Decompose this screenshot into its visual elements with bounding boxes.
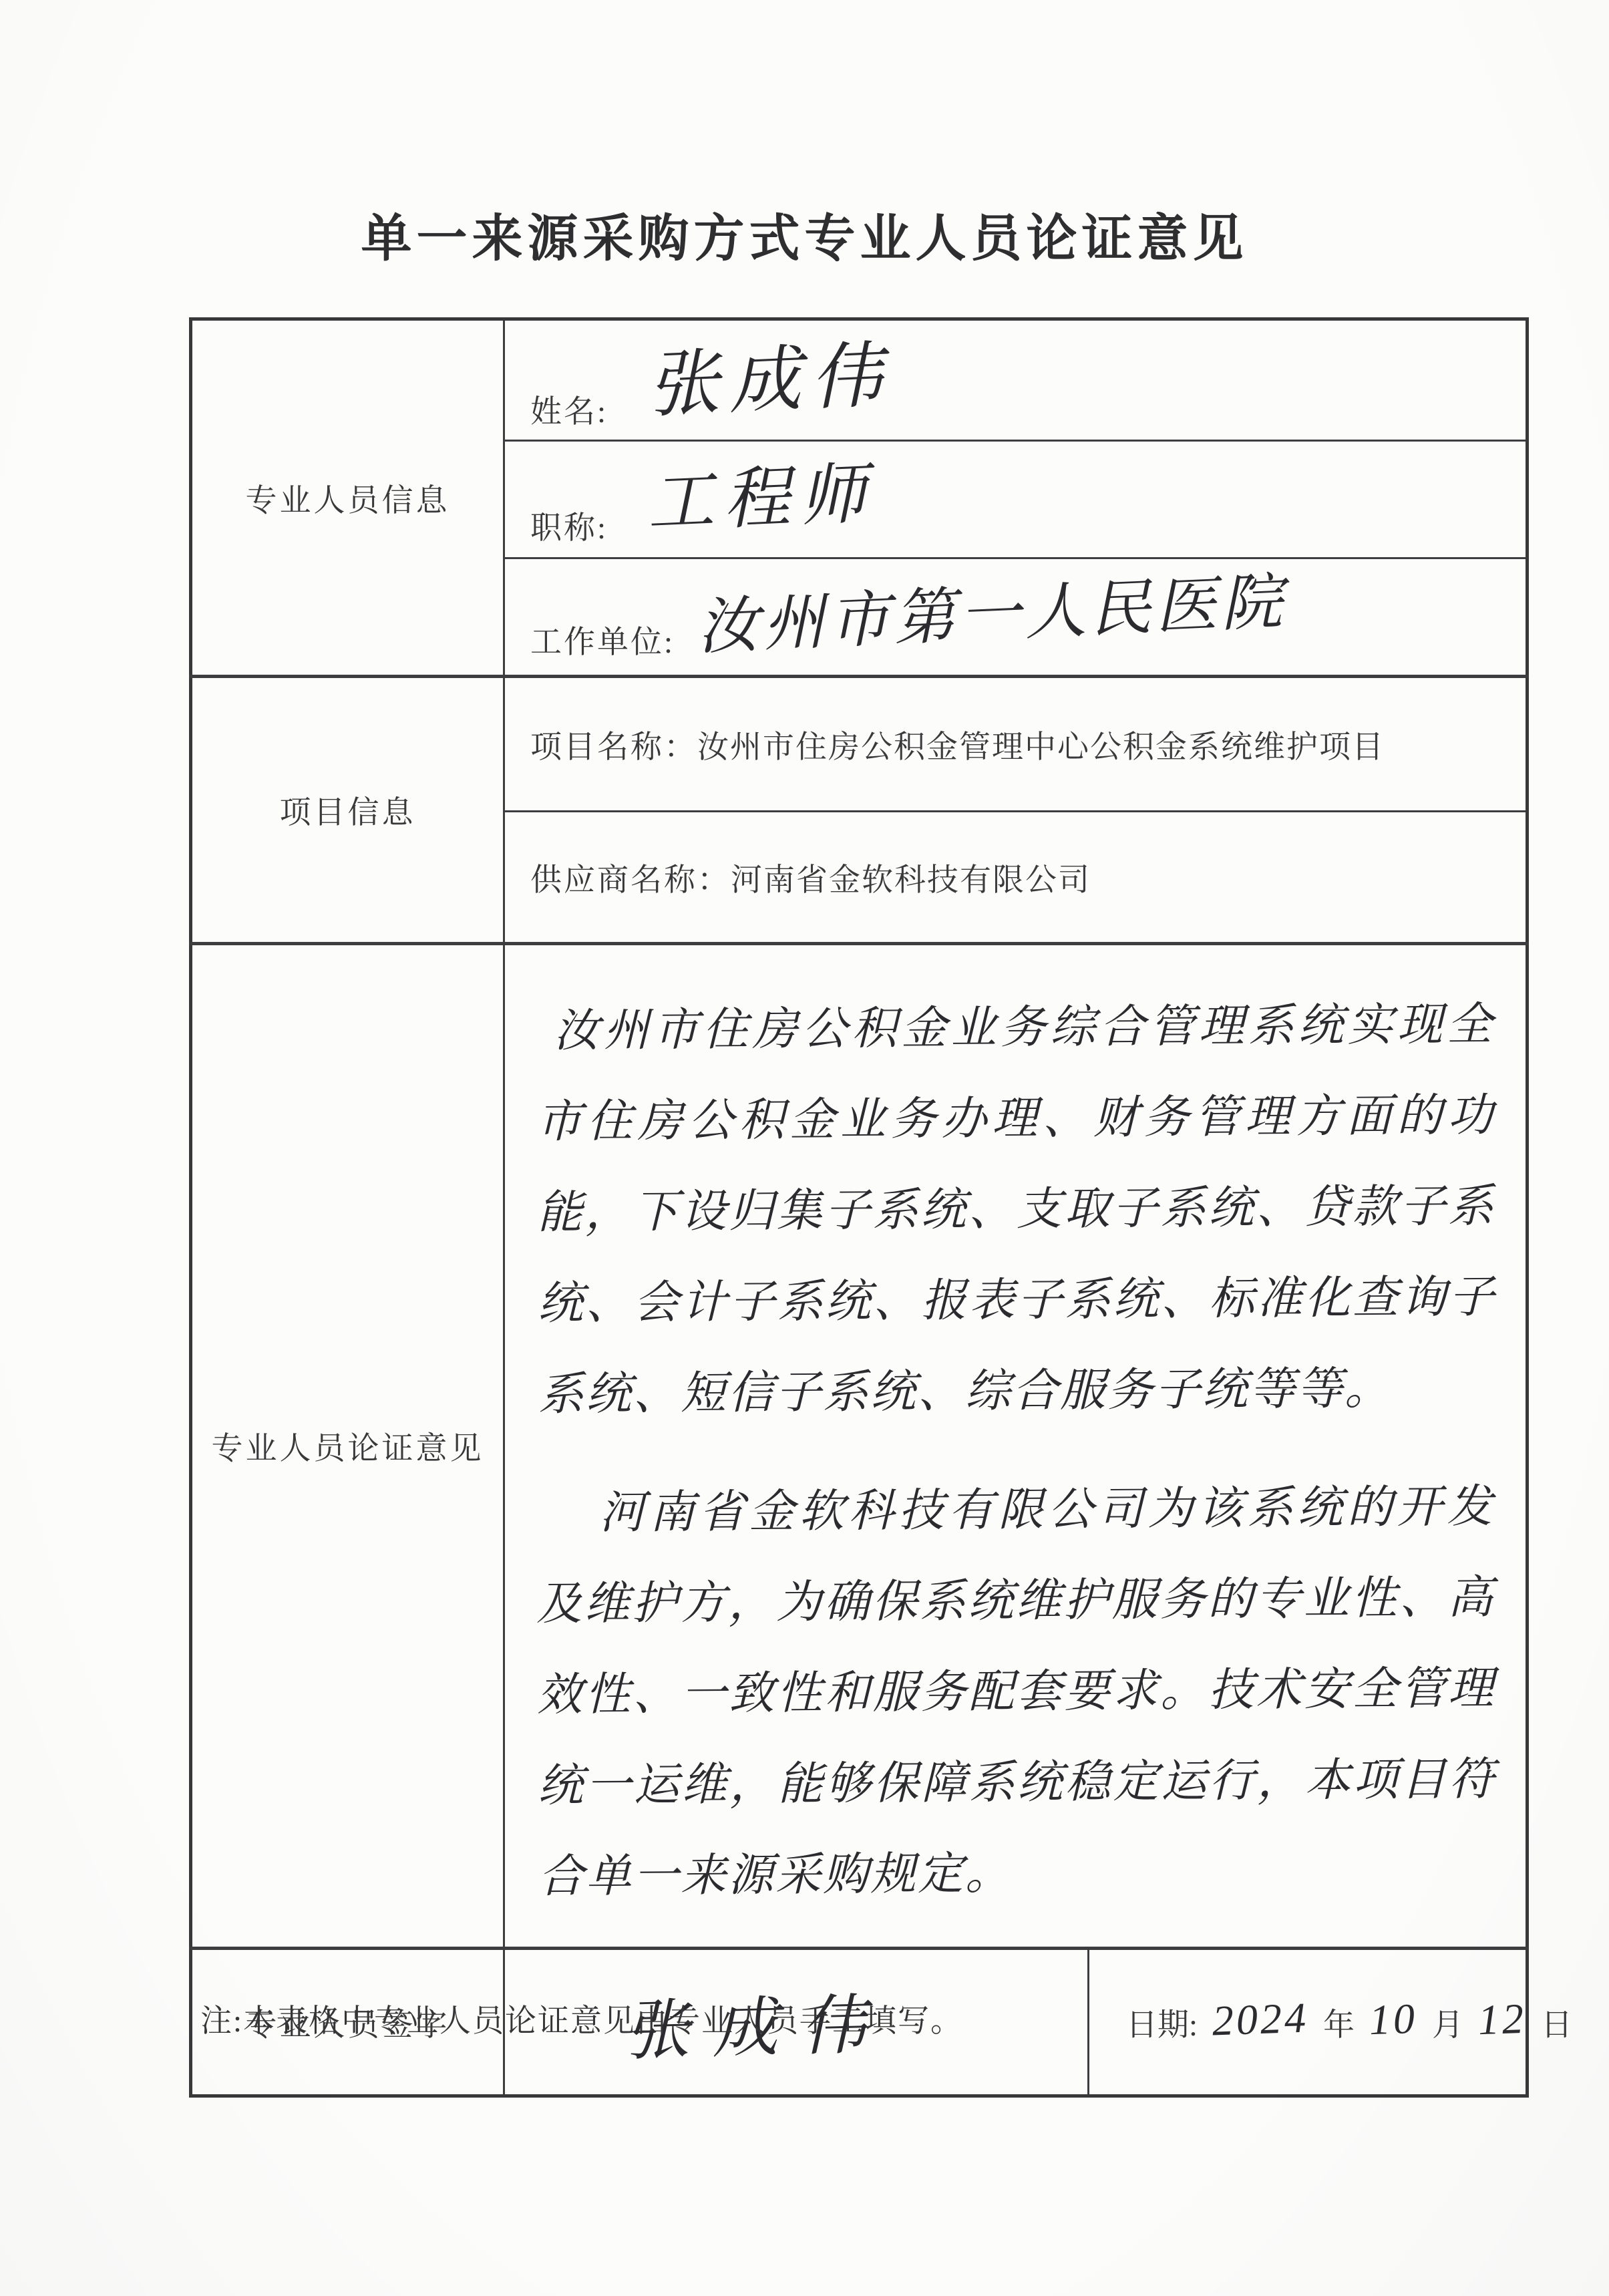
supplier-name-label: 供应商名称：	[530, 863, 731, 898]
opinion-paragraph-1: 汝州市住房公积金业务综合管理系统实现全市住房公积金业务办理、财务管理方面的功能，…	[536, 979, 1497, 1440]
date-month-handwritten: 10	[1369, 1994, 1419, 2045]
section-label-opinion: 专业人员论证意见	[191, 944, 504, 1949]
name-handwritten-value: 张成伟	[645, 317, 893, 431]
date-cell: 日期:2024 年 10月 12日	[1089, 1949, 1528, 2096]
date-year-handwritten: 2024	[1212, 1993, 1309, 2046]
job-title-cell: 职称: 工程师	[504, 441, 1528, 558]
date-year-label: 年	[1323, 2000, 1355, 2045]
project-name-label: 项目名称：	[530, 730, 697, 765]
date-month-label: 月	[1432, 2000, 1463, 2045]
project-name-cell: 项目名称：汝州市住房公积金管理中心公积金系统维护项目	[504, 677, 1528, 812]
work-unit-handwritten-value: 汝州市第一人民医院	[695, 552, 1288, 666]
supplier-name-value: 河南省金软科技有限公司	[731, 863, 1091, 898]
job-title-label: 职称:	[530, 511, 608, 546]
page-title: 单一来源采购方式专业人员论证意见	[0, 198, 1609, 271]
work-unit-cell: 工作单位: 汝州市第一人民医院	[504, 558, 1528, 677]
work-unit-label: 工作单位:	[530, 625, 675, 660]
row-project-name: 项目信息 项目名称：汝州市住房公积金管理中心公积金系统维护项目	[191, 677, 1528, 812]
row-opinion: 专业人员论证意见 汝州市住房公积金业务综合管理系统实现全市住房公积金业务办理、财…	[191, 944, 1528, 1949]
document-page: 单一来源采购方式专业人员论证意见 专业人员信息 姓名: 张成伟 职称: 工程师	[0, 0, 1609, 2296]
project-name-value: 汝州市住房公积金管理中心公积金系统维护项目	[697, 730, 1385, 765]
name-label: 姓名:	[530, 394, 608, 429]
supplier-name-cell: 供应商名称：河南省金软科技有限公司	[504, 812, 1528, 944]
opinion-content-cell: 汝州市住房公积金业务综合管理系统实现全市住房公积金业务办理、财务管理方面的功能，…	[504, 944, 1528, 1949]
date-prefix-label: 日期:	[1126, 2000, 1198, 2045]
date-day-handwritten: 12	[1477, 1994, 1528, 2045]
name-cell: 姓名: 张成伟	[504, 319, 1528, 441]
section-label-personnel-info: 专业人员信息	[191, 319, 504, 677]
opinion-form-table: 专业人员信息 姓名: 张成伟 职称: 工程师 工作单位: 汝州市第一人民医院	[189, 317, 1529, 2098]
footer-note: 注:本表格中专业人员论证意见由专业人员手工填写。	[200, 1996, 963, 2041]
opinion-paragraph-2: 河南省金软科技有限公司为该系统的开发及维护方，为确保系统维护服务的专业性、高效性…	[536, 1461, 1497, 1922]
job-title-handwritten-value: 工程师	[645, 440, 878, 546]
row-name: 专业人员信息 姓名: 张成伟	[191, 319, 1528, 441]
section-label-project-info: 项目信息	[191, 677, 504, 944]
date-day-label: 日	[1541, 2000, 1572, 2045]
date-line: 日期:2024 年 10月 12日	[1126, 1997, 1526, 2047]
